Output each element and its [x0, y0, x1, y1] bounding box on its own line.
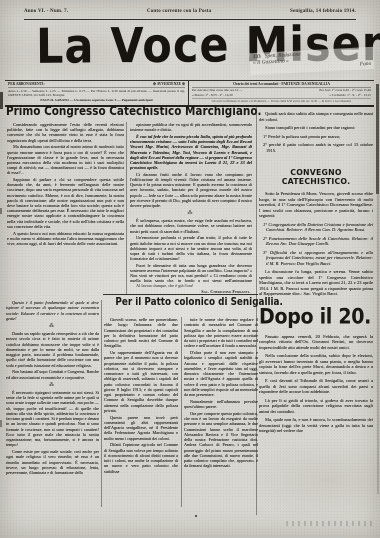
article-paragraph: Nella conclusione della sconfitta, subit…	[259, 353, 373, 375]
article-paragraph: tutte le norme che devono regolare il co…	[184, 317, 258, 349]
newspaper-page: Anno VI. - Num. 7. Conto corrente con la…	[0, 0, 380, 538]
article-congresso-column-2: opinione pubblica che va ogni dì più acc…	[130, 122, 252, 294]
article-paragraph: La discussione fu lunga, pratica e seren…	[259, 269, 373, 297]
avvertenze-label: ✠ AVVERTENZE ✠	[153, 82, 185, 86]
section-separator: ⁂	[6, 323, 99, 329]
abbonamenti-label: PER ABBONAMENTI:	[8, 82, 45, 86]
article-patto-column-right: tutte le norme che devono regolare il co…	[184, 317, 258, 507]
article-paragraph: 2° perchè il patto colonico andrà in vig…	[259, 142, 373, 153]
issue-number: Anno VI. - Num. 7.	[24, 9, 68, 14]
article-paragraph: Giovedì scorso, nelle ore pomeridiane, e…	[104, 317, 178, 349]
article-dopo-title: Dopo il 20.	[259, 304, 373, 329]
column-rule	[126, 122, 127, 294]
article-paragraph: Ma domandiamo con sincerità al nostro an…	[7, 144, 124, 175]
timetable-cell: « Corinaldo: 1ª - 9, - 2ª - 13,15	[329, 93, 371, 98]
article-paragraph: Sotto la Presidenza di Mons. Vescovo, gi…	[259, 191, 373, 219]
article-patto-rule	[103, 294, 258, 295]
article-paragraph: Non bastano all'uopo Comitati e Congress…	[6, 369, 99, 380]
article-paragraph: Naturalmente nell'adunanza prevalse ques…	[184, 399, 258, 410]
timetable-note: Gli orari si effettuano il sabato e la D…	[192, 98, 371, 103]
article-paragraph: Là per lì si gridò al trionfo, si godeva…	[259, 398, 373, 415]
scan-edge-artifact	[0, 208, 2, 214]
article-paragraph: Dando un rapido sguardo retrospettivo a …	[6, 331, 99, 368]
scan-edge-artifact	[377, 194, 379, 494]
article-congresso-column-1-lower: Questo è il punto fondamentale al quale …	[6, 300, 99, 507]
article-paragraph: Fuori le alternative di tutta una lunga …	[130, 263, 252, 282]
article-closing-line: Al lavoro dunque, che è già l'ora!	[130, 283, 252, 288]
article-paragraph: Un'emozione profonda ci prende d'un trat…	[130, 235, 252, 261]
subscriptions-heading: PER ABBONAMENTI: ✠ AVVERTENZE ✠	[8, 82, 185, 88]
article-list-item: 2° Funzionamento delle Scuole di Catechi…	[259, 236, 373, 247]
article-paragraph: Ma, quale non fu, e non è ancora, lo sco…	[259, 417, 373, 434]
article-congresso-column-1: Considerando oggettivamente l'esito dell…	[7, 122, 124, 294]
article-paragraph: D'altra parte il non aver stampato e leg…	[184, 350, 258, 397]
article-paragraph: Un rappresentante dell'Agraria era di pa…	[104, 350, 178, 413]
article-paragraph: Come esiste per ogni male sociale, così …	[6, 449, 99, 475]
end-of-column-dot	[195, 515, 197, 517]
article-paragraph: 1° Perchè la polizza sarà pronta per mar…	[259, 134, 373, 140]
article-congresso-title: Primo Congresso Catechistico Marchigiano…	[6, 104, 261, 118]
article-paragraph: Difatti l'opinione agricola nel Comune d…	[104, 442, 178, 474]
scan-edge-artifact	[0, 92, 3, 109]
article-paragraph: È necessario ripiegarci seriamente su no…	[6, 390, 99, 448]
subscription-rates: Anno L. 2,50 — Semestre L. 1,25 — Trimes…	[8, 89, 185, 97]
right-column: Quindi sarà dato subito alla stampa e co…	[259, 111, 373, 517]
article-paragraph: Ora per comporre questo patto colonico, …	[184, 411, 258, 469]
publication-schedule: ESCE IL SABATO — Un numero separato Cent…	[8, 98, 185, 102]
column-rule	[181, 317, 182, 507]
article-paragraph: Ci daranno frutti anche il lavoro vano c…	[130, 172, 252, 208]
scan-edge-artifact	[0, 420, 2, 427]
article-convegno-title: CONVEGNO CATECHISTICO.	[259, 168, 373, 186]
section-separator: ⁂	[6, 382, 99, 388]
subscriptions-box: PER ABBONAMENTI: ✠ AVVERTENZE ✠ Anno L. …	[5, 81, 189, 105]
article-text-flow: opinione pubblica che va ogni dì più acc…	[130, 122, 252, 282]
timetable-row: « Pesaro: 1ª - 8,55 - 2ª - 14,30 « Corin…	[192, 93, 371, 98]
article-paragraph: Quindi sarà dato subito alla stampa e co…	[259, 111, 373, 122]
postal-note: Conto corrente con la Posta	[147, 9, 211, 14]
timetable-cell: « Pesaro: 1ª - 8,55 - 2ª - 14,30	[192, 93, 233, 98]
column-rule	[101, 300, 102, 507]
section-separator: ⁂	[130, 210, 252, 216]
article-paragraph: Questo è il punto fondamentale al quale …	[6, 300, 99, 321]
article-paragraph: Siano tranquilli perciò i contadini per …	[259, 125, 373, 131]
article-patto-column-left: Giovedì scorso, nelle ore pomeridiane, e…	[104, 317, 178, 507]
article-list-item: 3° Difficoltà che si oppongono all'inseg…	[259, 250, 373, 267]
article-paragraph: Considerando oggettivamente l'esito dell…	[7, 122, 124, 143]
scan-edge-artifact	[376, 84, 379, 194]
article-paragraph: opinione pubblica che va ogni dì più acc…	[130, 122, 252, 132]
article-paragraph-announcement: È con tal fede che la nostra piccola Ita…	[130, 134, 252, 170]
article-list-item: 1° Congregazione della Dottrina Cristian…	[259, 222, 373, 233]
article-paragraph: A questo lavoro noi non abbiamo educato …	[7, 231, 124, 247]
article-paragraph: È un'impresa, questa nostra, che esige f…	[130, 218, 252, 234]
article-paragraph: E così davanti al Tribunale di Senigalli…	[259, 378, 373, 395]
article-paragraph: Passato appena venerdì, 20 Febbraio, che…	[259, 334, 373, 351]
timetable-box: Orario dei treni Accomandati - PARTENZE …	[189, 81, 374, 105]
article-paragraph: Sappiamo di parlare a chi sa comprendere…	[7, 177, 124, 229]
infobar: PER ABBONAMENTI: ✠ AVVERTENZE ✠ Anno L. …	[5, 80, 374, 107]
article-patto-title: Per il Patto colonico di Senigallia.	[115, 296, 245, 308]
article-paragraph: Questo parere non trovò però consenzient…	[104, 415, 178, 441]
scan-smudge	[286, 521, 372, 526]
